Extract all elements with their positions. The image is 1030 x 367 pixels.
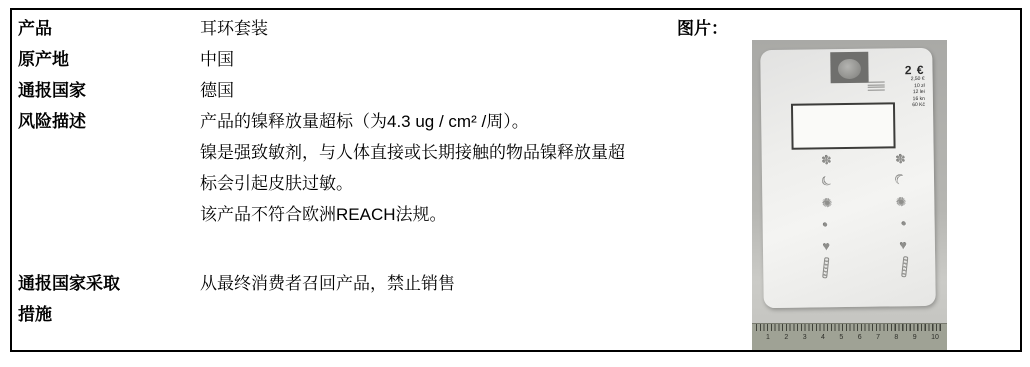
earring-pair-heart: ♥ ♥: [823, 234, 907, 257]
heart-stud-icon: ♥: [900, 238, 907, 252]
table-row: 通报国家采取 措施 从最终消费者召回产品，禁止销售: [18, 268, 678, 330]
ball-stud-icon: ●: [901, 218, 907, 228]
table-row: 产品 耳环套装: [18, 13, 678, 44]
earring-pair-crystal-bar: [823, 256, 907, 279]
recall-notice-table: 产品 耳环套装 原产地 中国 通报国家 德国 风险描述 产品的镍释放量超标（为4…: [10, 8, 1022, 352]
measures-label: 通报国家采取 措施: [18, 268, 200, 330]
earring-card: 2 € 2,50 € 10 zł 12 lei 16 kn 60 Kč ✽ ✽: [760, 48, 936, 308]
round-crystal-stud-icon: ✺: [896, 195, 906, 209]
crescent-moon-stud-icon: ☾: [818, 172, 837, 192]
ball-stud-icon: ●: [823, 220, 829, 230]
crystal-flower-stud-icon: ✽: [896, 152, 906, 166]
price-other-currencies: 2,50 € 10 zł 12 lei 16 kn 60 Kč: [905, 76, 925, 109]
crystal-bar-stud-icon: [901, 256, 908, 277]
risk-line: 产品的镍释放量超标（为4.3 ug / cm² /周）。: [200, 106, 672, 137]
crystal-bar-stud-icon: [822, 257, 829, 278]
table-row: 风险描述 产品的镍释放量超标（为4.3 ug / cm² /周）。 镍是强致敏剂…: [18, 106, 678, 230]
risk-line: 标会引起皮肤过敏。: [200, 168, 672, 199]
earring-pair-ball: ● ●: [822, 213, 906, 236]
origin-value: 中国: [200, 44, 672, 75]
risk-line: 镍是强致敏剂，与人体直接或长期接触的物品镍释放量超: [200, 137, 672, 168]
earring-pair-crescent-moon: ☾ ☾: [822, 170, 906, 193]
ruler-ticks: [756, 324, 943, 331]
table-row: 通报国家 德国: [18, 75, 678, 106]
blanked-label-box: [791, 102, 896, 149]
risk-description-label: 风险描述: [18, 106, 200, 230]
risk-line: 该产品不符合欧洲REACH法规。: [200, 199, 672, 230]
price-tag: 2 € 2,50 € 10 zł 12 lei 16 kn 60 Kč: [905, 64, 925, 109]
recall-details: 产品 耳环套装 原产地 中国 通报国家 德国 风险描述 产品的镍释放量超标（为4…: [18, 13, 678, 330]
measures-value: 从最终消费者召回产品，禁止销售: [200, 268, 672, 330]
earring-pair-round-crystal: ✺ ✺: [822, 191, 906, 214]
product-value: 耳环套装: [200, 13, 672, 44]
round-crystal-stud-icon: ✺: [822, 196, 832, 210]
price-main: 2 €: [905, 64, 925, 76]
crystal-flower-stud-icon: ✽: [822, 153, 832, 167]
heart-stud-icon: ♥: [823, 239, 830, 253]
hang-tab: [830, 52, 868, 84]
ruler: 1 2 3 4 5 6 7 8 9 10: [752, 323, 947, 350]
origin-label: 原产地: [18, 44, 200, 75]
product-label: 产品: [18, 13, 200, 44]
image-section-label: 图片：: [677, 13, 728, 44]
fine-print-text: [868, 81, 885, 91]
product-photo: 2 € 2,50 € 10 zł 12 lei 16 kn 60 Kč ✽ ✽: [752, 40, 947, 350]
document-page: 产品 耳环套装 原产地 中国 通报国家 德国 风险描述 产品的镍释放量超标（为4…: [0, 0, 1030, 367]
notifying-country-value: 德国: [200, 75, 672, 106]
hang-hole: [838, 59, 861, 79]
crescent-moon-stud-icon: ☾: [892, 171, 909, 190]
risk-description-value: 产品的镍释放量超标（为4.3 ug / cm² /周）。 镍是强致敏剂，与人体直…: [200, 106, 672, 230]
earring-grid: ✽ ✽ ☾ ☾ ✺ ✺ ● ●: [822, 148, 908, 278]
earring-pair-crystal-flower: ✽ ✽: [822, 148, 906, 171]
notifying-country-label: 通报国家: [18, 75, 200, 106]
table-row: 原产地 中国: [18, 44, 678, 75]
